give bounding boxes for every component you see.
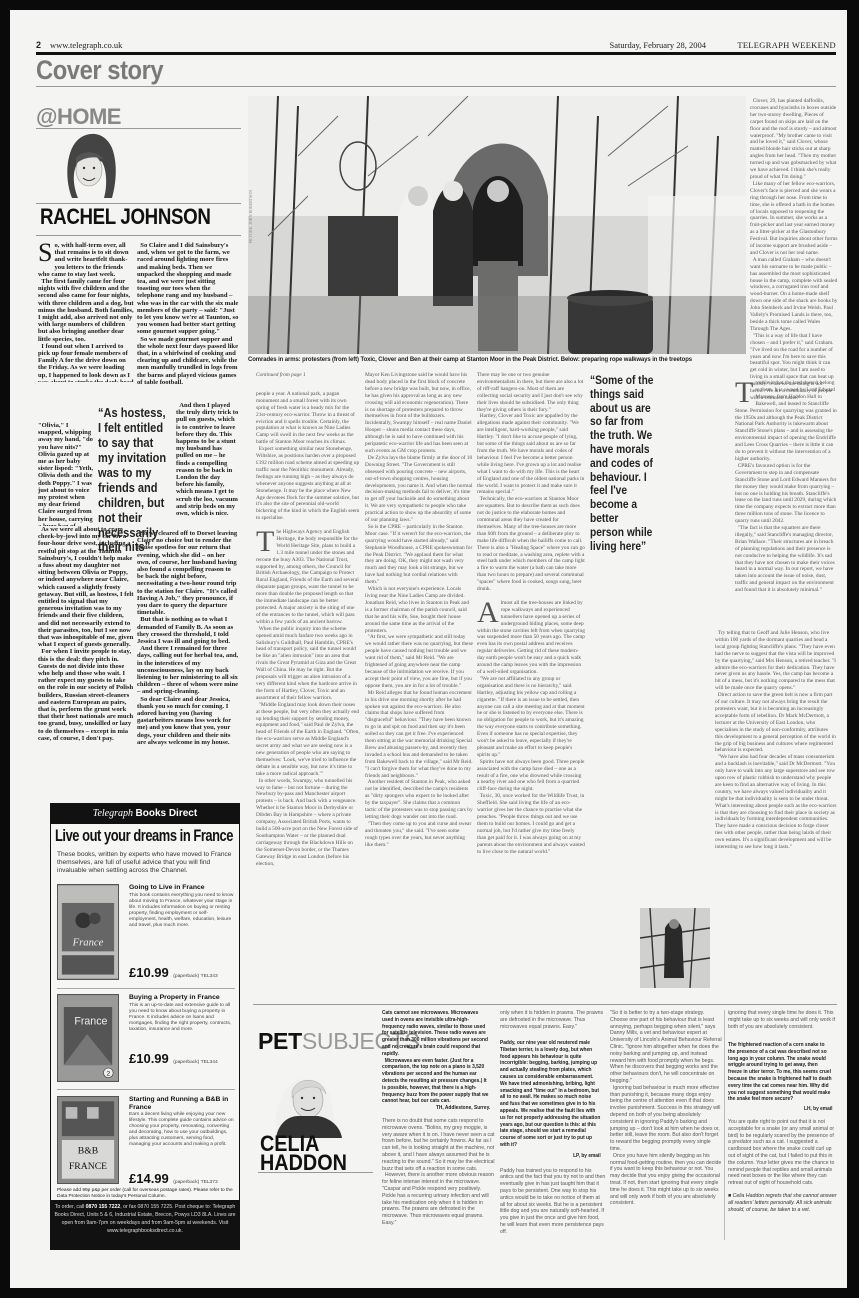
column-kicker: @HOME xyxy=(36,104,121,130)
column-pull-quote: “As hostess, I felt entitled to say that… xyxy=(98,406,169,555)
book-cover: France xyxy=(57,884,119,980)
book-description: Earn a decent living while enjoying your… xyxy=(129,1112,235,1149)
book-title[interactable]: Buying a Property in France xyxy=(129,994,237,1002)
column-body-2c: So we cleared off to Dorset leaving Clai… xyxy=(137,530,239,792)
pets-byline-rule xyxy=(258,1172,373,1173)
book-title[interactable]: Going to Live in France xyxy=(129,884,237,892)
pets-section-rule xyxy=(253,1004,837,1005)
feature-photo xyxy=(248,96,746,354)
column-body-1c: "Olivia," I snapped, whipping away my ha… xyxy=(38,526,134,792)
treetop-photo xyxy=(640,908,710,988)
feature-column-b: Mayor Ken Livingstone said he would have… xyxy=(365,372,473,1000)
book-description: This is an up-to-date and extensive guid… xyxy=(129,1003,235,1033)
book-divider xyxy=(57,1089,235,1090)
reader-letter: Paddy, our nine year old neutered male T… xyxy=(500,1040,601,1149)
svg-text:FRANCE: FRANCE xyxy=(69,1161,107,1172)
ad-header: Telegraph Books Direct xyxy=(51,804,239,824)
newspaper-page: 2 www.telegraph.co.uk Saturday, February… xyxy=(10,10,847,1288)
svg-text:France: France xyxy=(72,938,104,949)
order-phone[interactable]: 0870 155 7222 xyxy=(86,1204,121,1210)
pets-column-1: Cats cannot see microwaves. Microwaves u… xyxy=(382,1010,496,1280)
site-url[interactable]: www.telegraph.co.uk xyxy=(50,40,122,50)
book-price: £10.99 (paperback) TEL344 xyxy=(129,1050,218,1068)
feature-column-d-bottom: Try telling that to Geoff and Julie Hens… xyxy=(715,630,837,990)
columnist-reply: There is no doubt that some cats respond… xyxy=(382,1118,496,1227)
columnist-reply: Paddy has trained you to respond to his … xyxy=(500,1168,606,1236)
ad-postage-note: Please add 99p p&p per order (call for o… xyxy=(57,1188,239,1200)
ad-headline: Live out your dreams in France xyxy=(55,826,233,846)
issue-date: Saturday, February 28, 2004 xyxy=(610,40,706,50)
author-portrait xyxy=(58,128,120,200)
section-title: Cover story xyxy=(36,55,163,86)
pets-column-4: ignoring that every single time he does … xyxy=(728,1010,838,1280)
pets-author-byline: CELIA HADDON xyxy=(260,1134,347,1172)
columnist-footnote: ■ Celia Haddon regrets that she cannot a… xyxy=(728,1193,838,1213)
dropcap: S xyxy=(38,242,52,264)
book-cover: B&B FRANCE xyxy=(57,1096,119,1184)
feature-column-a: Continued from page 1 people a year. A n… xyxy=(256,372,360,1000)
pets-column-2: only when it is hidden in prawns. The pr… xyxy=(500,1010,606,1280)
ad-order-info: To order, call 0870 155 7222, or fax 087… xyxy=(51,1200,239,1250)
column-body-1b: "Olivia," I snapped, whipping away my ha… xyxy=(38,422,94,526)
column-body-1a: So, with half-term over, all that remain… xyxy=(38,242,134,382)
column-body-2b: And then I played the truly dirty trick … xyxy=(176,402,239,530)
letter-signature: LP, by email xyxy=(500,1153,601,1160)
feature-column-c: There may be one or two genuine environm… xyxy=(477,372,585,1000)
columnist-reply-cont: only when it is hidden in prawns. The pr… xyxy=(500,1010,606,1036)
pets-column-3: "So it is better to try a two-stage stra… xyxy=(610,1010,722,1280)
columnist-reply: You are quite right to point out that it… xyxy=(728,1119,838,1187)
columnist-reply-cont: ignoring that every single time he does … xyxy=(728,1010,838,1038)
svg-text:2: 2 xyxy=(106,1071,110,1078)
telegraph-brand: Telegraph xyxy=(93,808,133,819)
book-item[interactable]: France Going to Live in France This book… xyxy=(57,884,235,984)
book-divider xyxy=(57,988,235,989)
publication-name: TELEGRAPH WEEKEND xyxy=(737,40,836,50)
photo-caption: Comrades in arms: protesters (from left)… xyxy=(248,356,723,363)
book-price: £14.99 (paperback) TEL373 xyxy=(129,1170,218,1188)
book-description: This book contains everything you need t… xyxy=(129,893,235,930)
column-body-2a: So Claire and I did Sainsbury's and, whe… xyxy=(137,242,239,402)
svg-text:B&B: B&B xyxy=(78,1146,98,1157)
svg-text:France: France xyxy=(74,1015,107,1027)
section-rule xyxy=(36,86,836,87)
byline-rule-bottom xyxy=(36,235,241,236)
column-divider xyxy=(724,1010,725,1240)
pets-author-portrait xyxy=(268,1058,348,1138)
book-cover: France 2 xyxy=(57,994,119,1082)
feature-pull-quote: “Some of the things said about us are so… xyxy=(590,374,655,553)
book-title[interactable]: Starting and Running a B&B in France xyxy=(129,1096,237,1111)
ad-intro: These books, written by experts who have… xyxy=(57,851,237,875)
reader-letter: The frightened reaction of a corn snake … xyxy=(728,1042,833,1103)
letter-signature: LH, by email xyxy=(728,1106,833,1113)
book-price: £10.99 (paperback) TEL343 xyxy=(129,964,218,982)
reader-letter: Cats cannot see microwaves. Microwaves u… xyxy=(382,1010,490,1105)
letter-signature: TH, Addlestone, Surrey. xyxy=(382,1105,490,1112)
author-byline: RACHEL JOHNSON xyxy=(40,204,210,230)
books-direct-brand: Books Direct xyxy=(136,808,198,819)
continued-label: Continued from page 1 xyxy=(256,372,360,379)
photo-credit: PICTURE: JOHN ROBERTSON xyxy=(248,190,253,244)
books-direct-advert[interactable]: Telegraph Books Direct Live out your dre… xyxy=(50,803,240,1250)
book-item[interactable]: B&B FRANCE Starting and Running a B&B in… xyxy=(57,1096,235,1186)
page-number: 2 xyxy=(36,40,41,50)
book-item[interactable]: France 2 Buying a Property in France Thi… xyxy=(57,994,235,1084)
